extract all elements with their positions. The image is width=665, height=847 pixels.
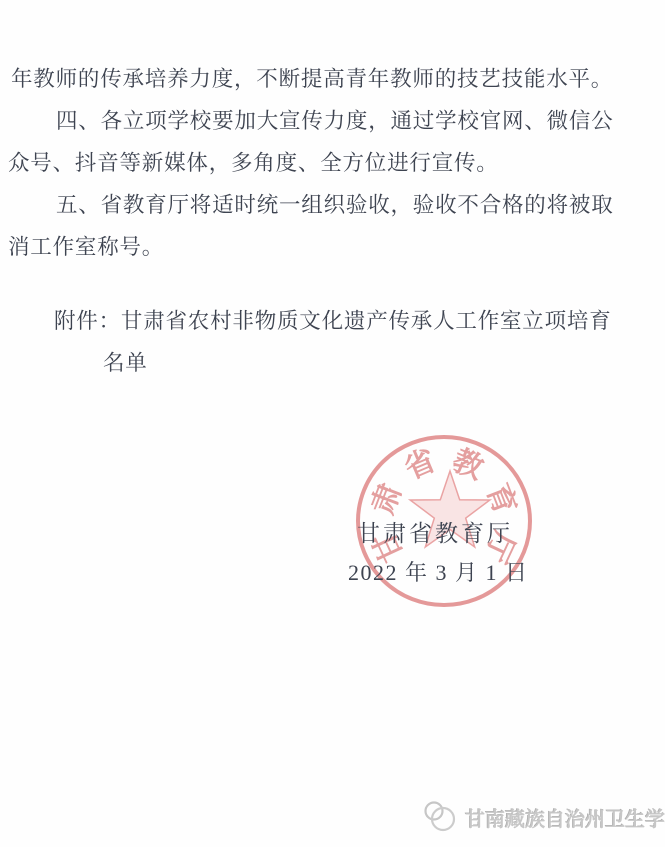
seal-arc-character: 省 [400, 444, 441, 486]
attachment-line-continued: 名单 [103, 346, 148, 377]
body-line-item-five: 五、省教育厅将适时统一组织验收，验收不合格的将被取 [56, 188, 614, 219]
body-line-item-four: 四、各立项学校要加大宣传力度，通过学校官网、微信公 [56, 104, 614, 135]
seal-arc-character: 肃 [366, 479, 408, 519]
school-watermark: 甘南藏族自治州卫生学校 [421, 798, 665, 836]
scanned-document-page: 年教师的传承培养力度，不断提高青年教师的技艺技能水平。 四、各立项学校要加大宣传… [0, 0, 665, 847]
attachment-line: 附件：甘肃省农村非物质文化遗产传承人工作室立项培育 [54, 304, 612, 335]
body-line: 众号、抖音等新媒体，多角度、全方位进行宣传。 [8, 146, 499, 177]
body-line: 年教师的传承培养力度，不断提高青年教师的技艺技能水平。 [11, 62, 613, 93]
signatory-name: 甘肃省教育厅 [357, 515, 513, 548]
body-line: 消工作室称号。 [8, 230, 164, 261]
school-watermark-text: 甘南藏族自治州卫生学校 [465, 803, 665, 832]
signature-date: 2022 年 3 月 1 日 [348, 556, 529, 587]
seal-arc-character: 育 [480, 479, 522, 519]
school-logo-icon [421, 798, 459, 836]
